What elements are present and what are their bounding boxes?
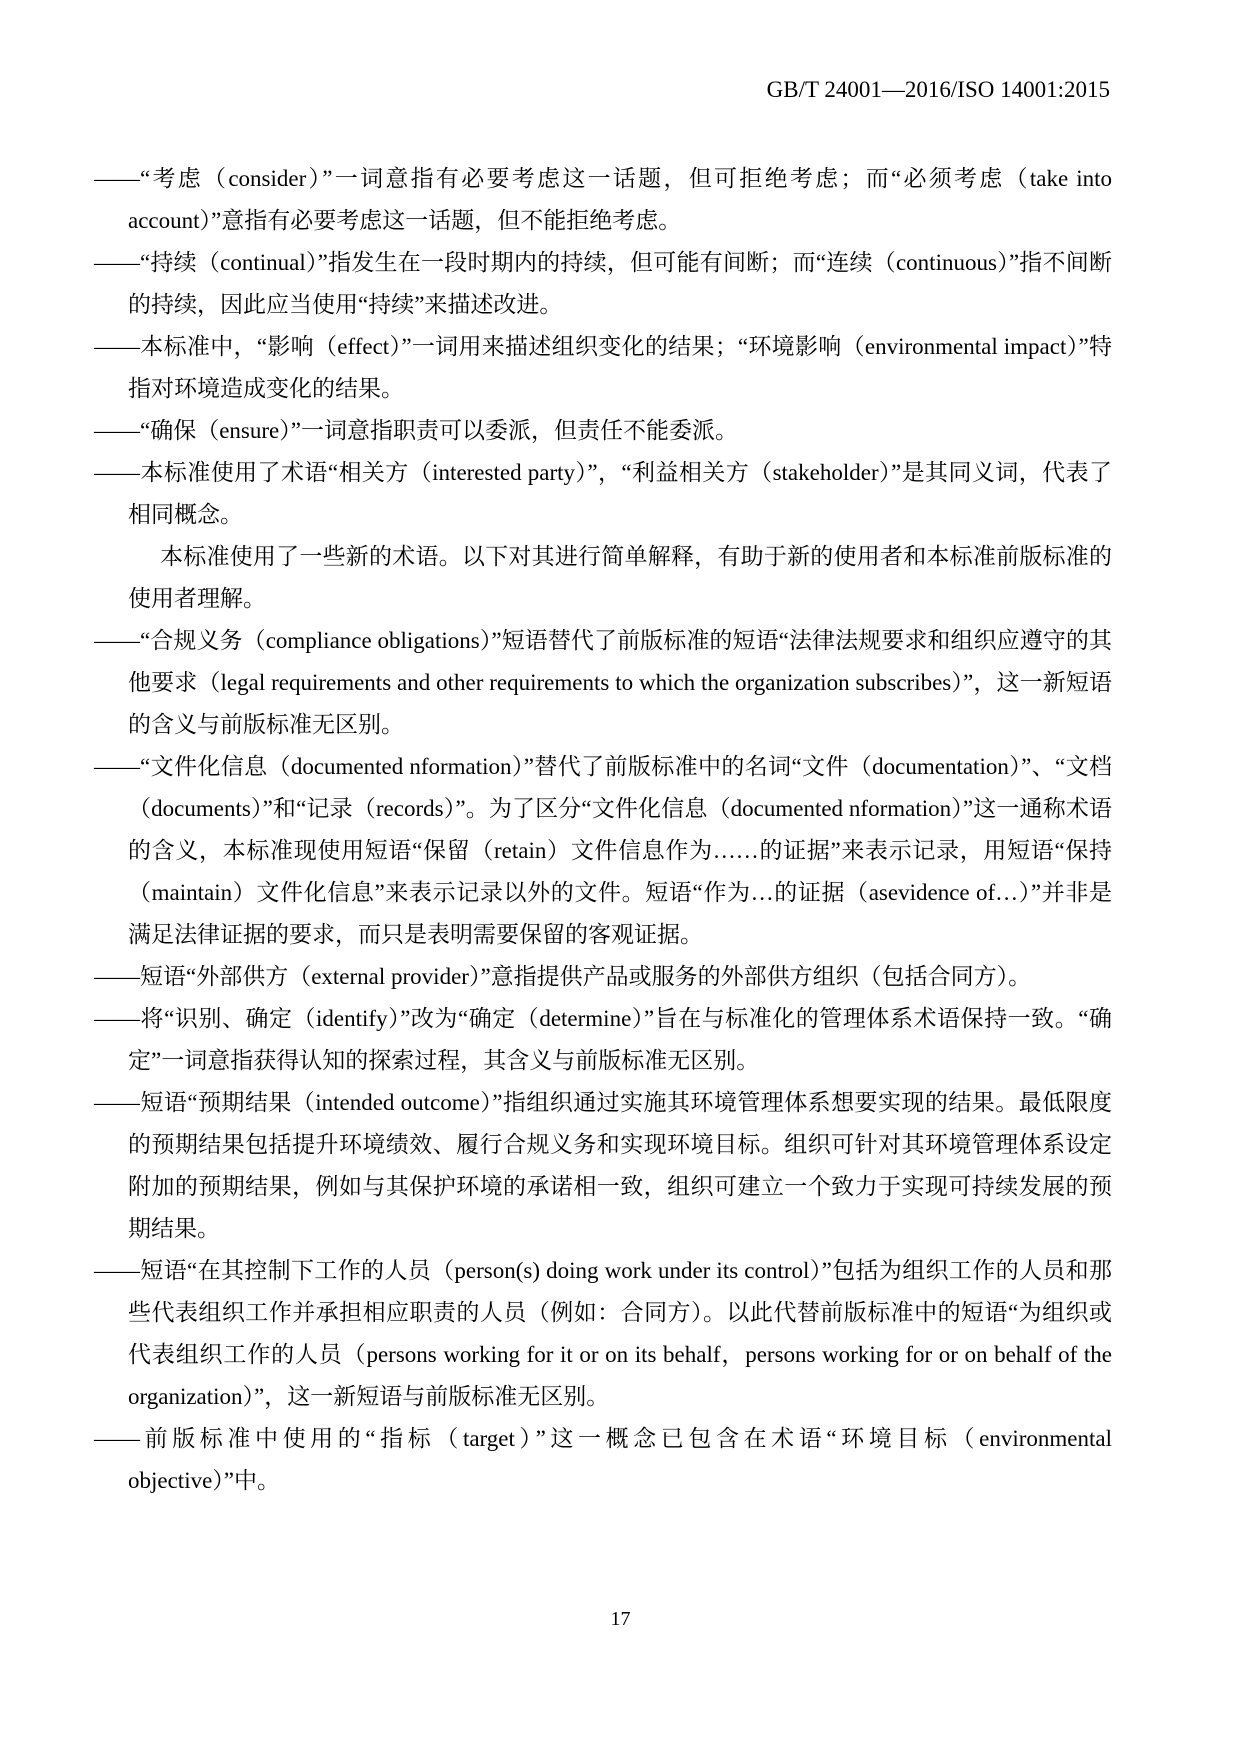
term-note-effect: ——本标准中，“影响（effect）”一词用来描述组织变化的结果；“环境影响（e… xyxy=(128,326,1112,410)
page-number: 17 xyxy=(0,1604,1241,1634)
page-content: ——“考虑（consider）”一词意指有必要考虑这一话题，但可拒绝考虑；而“必… xyxy=(128,158,1112,1502)
new-terms-intro-paragraph: 本标准使用了一些新的术语。以下对其进行简单解释，有助于新的使用者和本标准前版标准… xyxy=(128,536,1112,620)
term-note-intended-outcome: ——短语“预期结果（intended outcome）”指组织通过实施其环境管理… xyxy=(128,1082,1112,1250)
term-note-documented-information: ——“文件化信息（documented nformation）”替代了前版标准中… xyxy=(128,746,1112,956)
term-note-consider: ——“考虑（consider）”一词意指有必要考虑这一话题，但可拒绝考虑；而“必… xyxy=(128,158,1112,242)
term-note-ensure: ——“确保（ensure）”一词意指职责可以委派，但责任不能委派。 xyxy=(128,410,1112,452)
document-page: GB/T 24001—2016/ISO 14001:2015 ——“考虑（con… xyxy=(0,0,1241,1755)
term-note-interested-party: ——本标准使用了术语“相关方（interested party）”，“利益相关方… xyxy=(128,452,1112,536)
term-note-determine: ——将“识别、确定（identify）”改为“确定（determine）”旨在与… xyxy=(128,998,1112,1082)
term-note-continual: ——“持续（continual）”指发生在一段时期内的持续，但可能有间断；而“连… xyxy=(128,242,1112,326)
term-note-target: ——前版标准中使用的“指标（target）”这一概念已包含在术语“环境目标（en… xyxy=(128,1418,1112,1502)
term-note-compliance-obligations: ——“合规义务（compliance obligations）”短语替代了前版标… xyxy=(128,620,1112,746)
term-note-external-provider: ——短语“外部供方（external provider）”意指提供产品或服务的外… xyxy=(128,956,1112,998)
term-note-persons-under-control: ——短语“在其控制下工作的人员（person(s) doing work und… xyxy=(128,1250,1112,1418)
standard-code-header: GB/T 24001—2016/ISO 14001:2015 xyxy=(767,76,1110,104)
